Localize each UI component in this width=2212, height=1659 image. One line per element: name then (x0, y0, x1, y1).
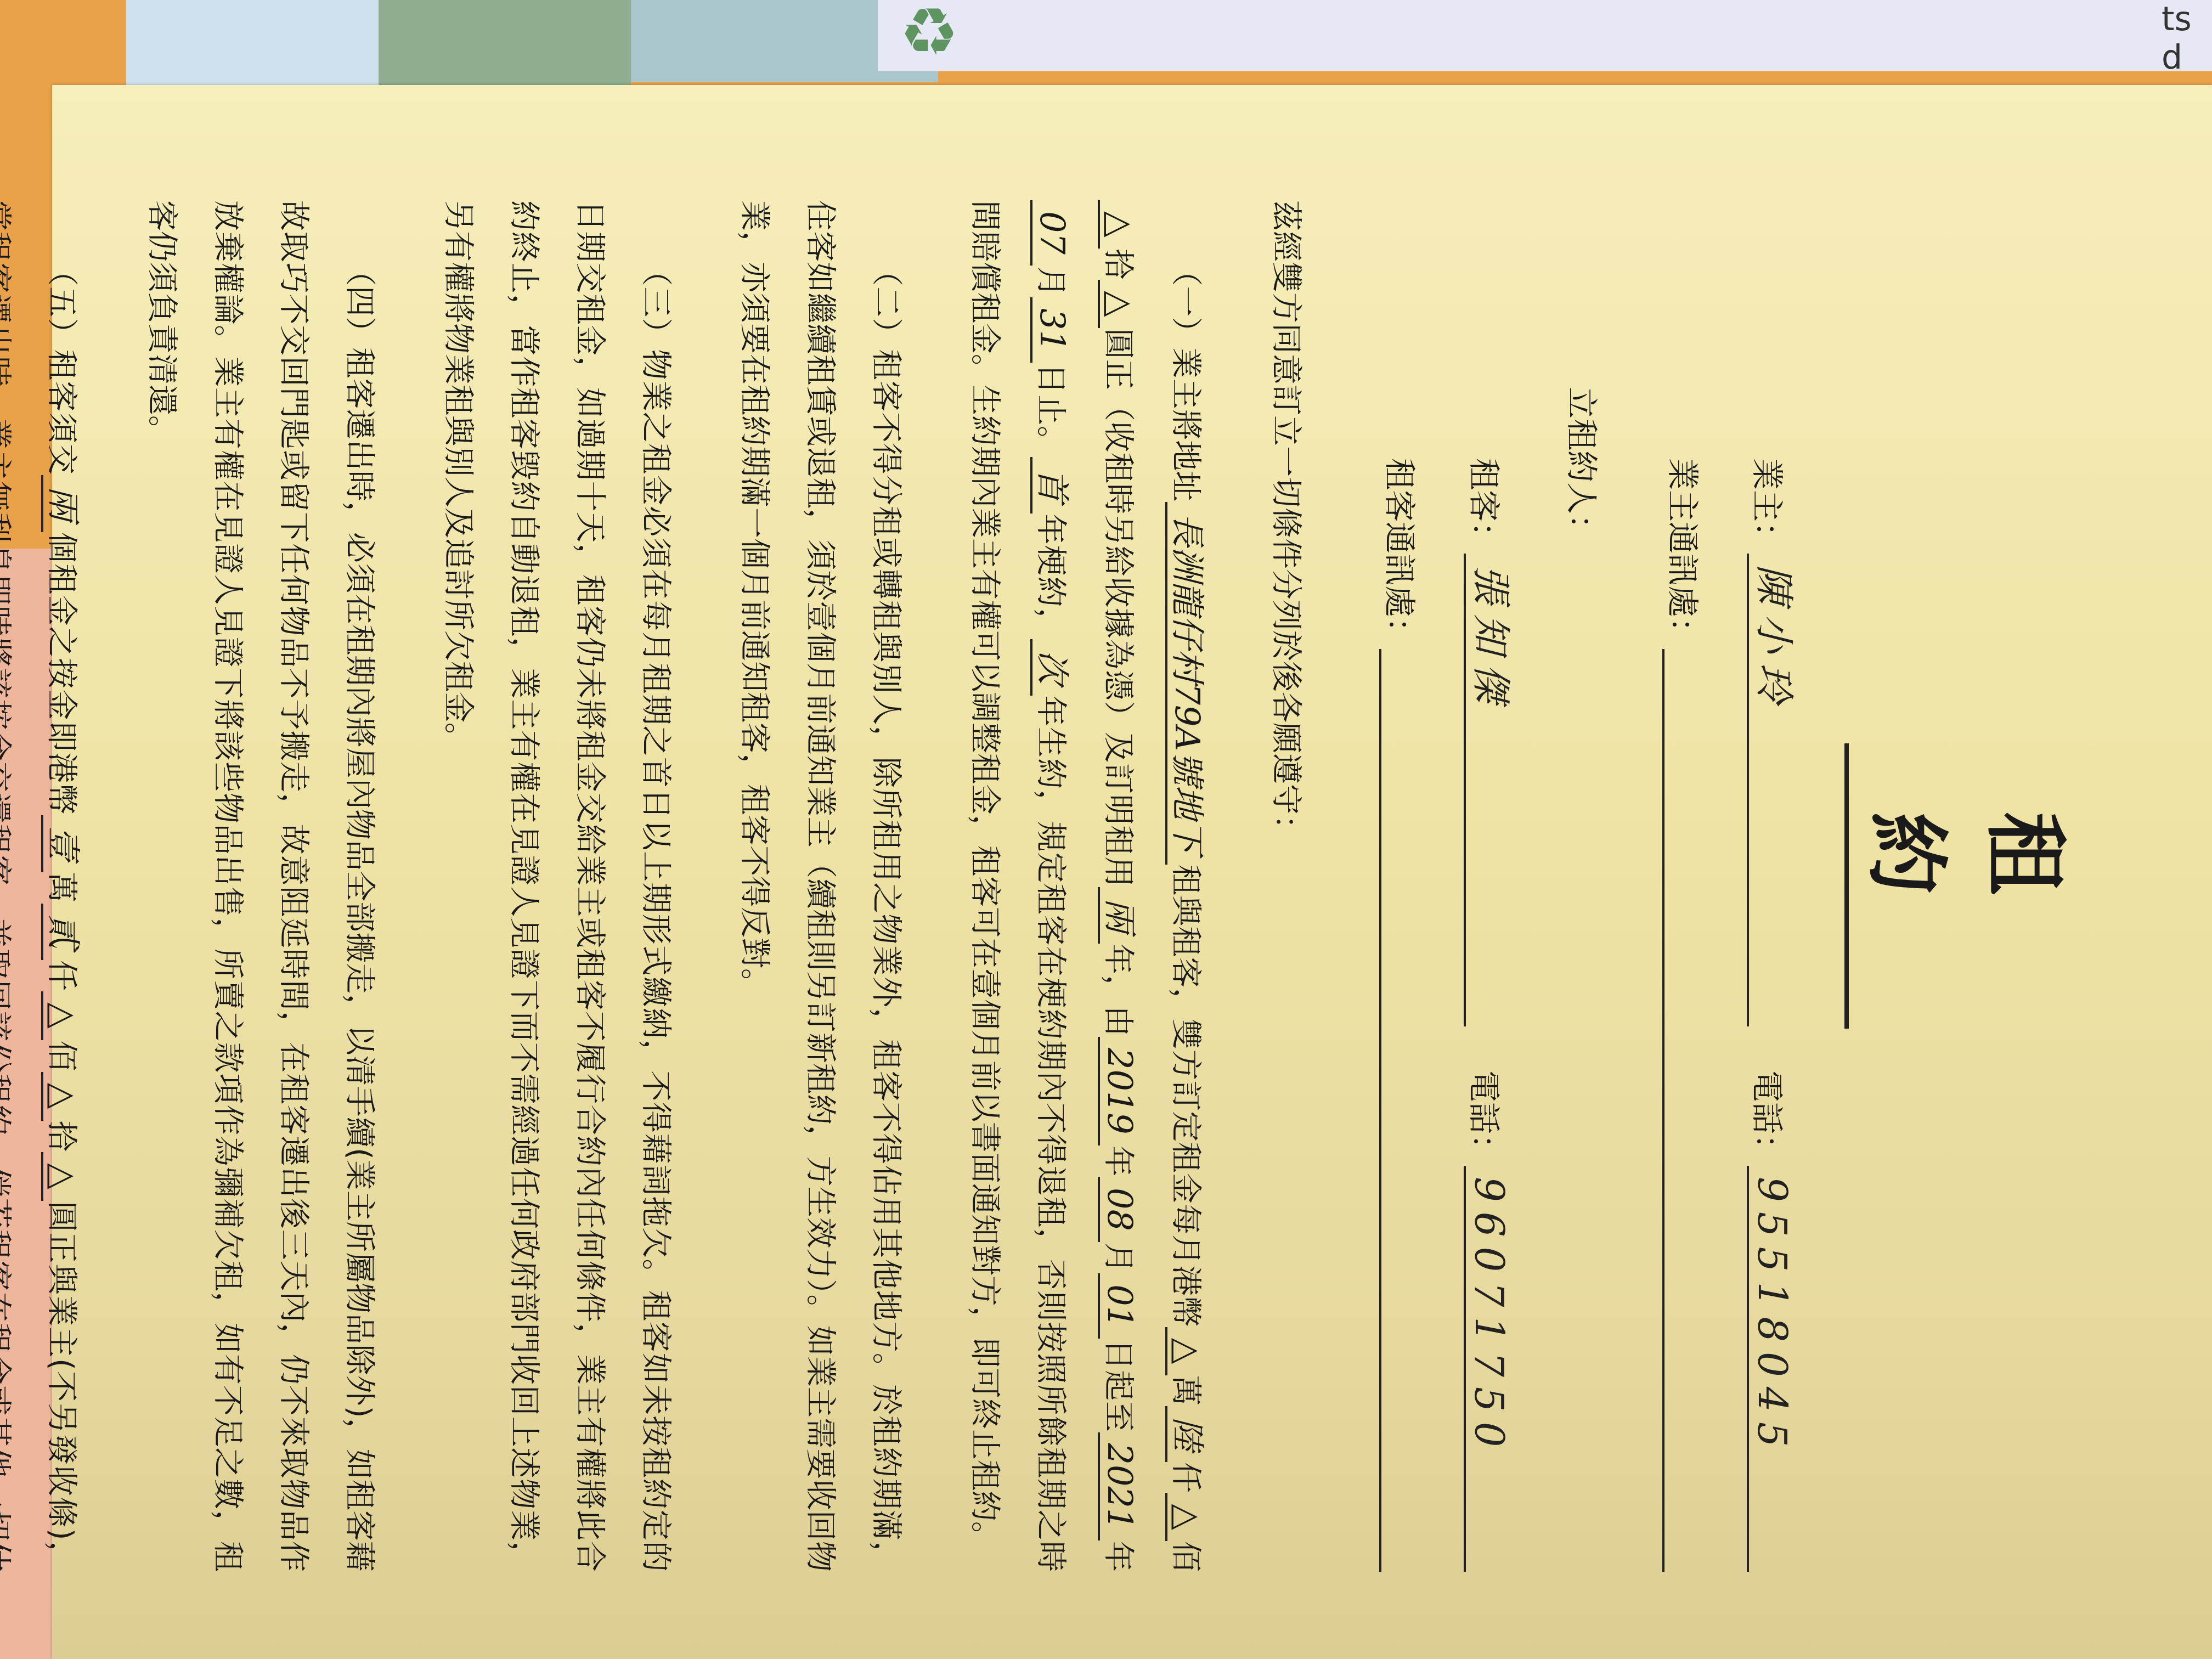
end-year-field[interactable]: 2021 (1098, 1432, 1140, 1541)
deposit-qian-field[interactable]: 貳 (41, 904, 83, 960)
start-month-field[interactable]: 08 (1098, 1177, 1140, 1242)
tenant-address-row: 租客通訊處： (1379, 458, 1425, 1572)
signers-label: 立租約人： (1561, 387, 1607, 546)
clause-5: （五）租客須交兩個租金之按金即港幣壹萬貳仟△佰△拾△圓正與業主(不另發收條)，當… (0, 200, 96, 1572)
clause-text: 租金每月港幣 (1168, 1142, 1204, 1327)
deposit-bai-field[interactable]: △ (41, 991, 83, 1040)
rent-bai-field[interactable]: △ (1165, 1493, 1207, 1541)
deposit-wan-field[interactable]: 壹 (41, 815, 83, 872)
tenant-address-label: 租客通訊處： (1379, 458, 1425, 649)
clause-text: 拾 (44, 1121, 80, 1152)
start-day-field[interactable]: 01 (1098, 1273, 1140, 1339)
tenant-address-field[interactable] (1379, 649, 1425, 1572)
preamble: 茲經雙方同意訂立一切條件分列於後各願遵守： (1253, 200, 1319, 1572)
landlord-label: 業主： (1747, 458, 1793, 554)
clause-text: 拾 (1101, 249, 1136, 280)
landlord-address-row: 業主通訊處： (1662, 458, 1708, 1572)
clause-number: （二） (868, 255, 904, 349)
clause-text: 年 (1101, 1145, 1136, 1177)
end-month-field[interactable]: 07 (1030, 200, 1073, 266)
rent-wan-field[interactable]: △ (1165, 1327, 1207, 1375)
clause-number: （四） (342, 255, 377, 347)
background-paper-white (878, 0, 2212, 71)
clause-text: 仟 (1168, 1462, 1204, 1493)
clause-text: 仟 (44, 960, 80, 991)
clause-4: （四）租客遷出時，必須在租期內將屋內物品全部搬走，以清手續(業主所屬物品除外)，… (129, 200, 392, 1572)
clause-text: 圓正（收租時另給收據為憑）及訂明租用 (1101, 328, 1136, 887)
clause-number: （一） (1168, 255, 1204, 348)
landlord-name-field[interactable]: 陳小玲 (1747, 554, 1806, 1026)
rent-qian-field[interactable]: 陸 (1165, 1406, 1207, 1462)
clause-text: 佰 (44, 1040, 80, 1071)
clause-text: 月 (1033, 266, 1069, 297)
tenant-phone-label: 電話： (1464, 1070, 1510, 1166)
clause-text: 租客須交 (44, 349, 80, 475)
start-year-field[interactable]: 2019 (1098, 1037, 1140, 1145)
contract-page: 租約 業主： 陳小玲 電話： 95518045 業主通訊處： 立租約人： 租客：… (52, 85, 2212, 1659)
tenant-label: 租客： (1464, 458, 1510, 554)
clause-text: 日止。 (1033, 363, 1069, 457)
clause-text: 年，由 (1101, 944, 1136, 1037)
clause-text: 月 (1101, 1242, 1136, 1273)
deposit-yuan-field[interactable]: △ (41, 1152, 83, 1201)
landlord-address-field[interactable] (1662, 649, 1708, 1572)
clause-text: 日起至 (1101, 1339, 1136, 1432)
clause-text: 萬 (44, 872, 80, 903)
clause-2: （二）租客不得分租或轉租與別人，除所租用之物業外，租客不得佔用其他地方。於租約期… (721, 200, 919, 1572)
deposit-months-field[interactable]: 兩 (41, 475, 83, 532)
contract-paper: 租約 業主： 陳小玲 電話： 95518045 業主通訊處： 立租約人： 租客：… (52, 85, 2212, 1659)
document-title: 租約 (1844, 743, 2091, 1029)
signers-row: 立租約人： (1561, 387, 1607, 1572)
clause-number: （三） (638, 255, 674, 349)
property-address-field[interactable]: 長洲龍仔村79A號地下 (1165, 502, 1207, 865)
rent-shi-field[interactable]: △ (1098, 200, 1140, 249)
clause-text: 年梗約， (1033, 513, 1069, 639)
rent-yuan-field[interactable]: △ (1098, 280, 1140, 328)
background-edge-text: ts d (2162, 0, 2212, 77)
fixed-term-field[interactable]: 首 (1030, 457, 1073, 513)
landlord-row: 業主： 陳小玲 電話： 95518045 (1747, 458, 1806, 1572)
clause-text: 租客遷出時，必須在租期內將屋內物品全部搬走，以清手續(業主所屬物品除外)，如租客… (144, 200, 377, 1572)
landlord-address-label: 業主通訊處： (1662, 458, 1708, 649)
clause-text: 年 (1101, 1541, 1136, 1572)
landlord-phone-label: 電話： (1747, 1070, 1793, 1166)
tenant-row: 租客： 張知傑 電話： 96071750 (1464, 458, 1523, 1572)
clause-text: 佰 (1168, 1541, 1204, 1572)
landlord-phone-field[interactable]: 95518045 (1747, 1166, 1795, 1572)
tenant-name-field[interactable]: 張知傑 (1464, 554, 1523, 1026)
clause-number: （五） (44, 255, 80, 349)
recycle-icon: ♻ (900, 0, 959, 66)
flexible-term-field[interactable]: 次 (1030, 639, 1073, 696)
end-day-field[interactable]: 31 (1030, 297, 1073, 363)
clause-text: 業主將地址 (1168, 348, 1204, 502)
clause-text: 個租金之按金即港幣 (44, 532, 80, 815)
clause-text: 萬 (1168, 1375, 1204, 1406)
clause-text: 租客不得分租或轉租與別人，除所租用之物業外，租客不得佔用其他地方。於租約期滿，住… (737, 200, 904, 1572)
background-paper-green (379, 0, 631, 93)
tenant-phone-field[interactable]: 96071750 (1464, 1166, 1512, 1572)
deposit-shi-field[interactable]: △ (41, 1072, 83, 1121)
clause-3: （三）物業之租金必須在每月租期之首日以上期形式繳納，不得藉詞拖欠。租客如未按租約… (425, 200, 689, 1572)
clause-text: 物業之租金必須在每月租期之首日以上期形式繳納，不得藉詞拖欠。租客如未按租約定的日… (441, 200, 674, 1572)
clause-1: （一）業主將地址長洲龍仔村79A號地下租與租客，雙方訂定租金每月港幣△萬陸仟△佰… (952, 200, 1220, 1572)
lease-years-field[interactable]: 兩 (1098, 887, 1140, 944)
clause-text: 租與租客，雙方訂定 (1168, 865, 1204, 1142)
